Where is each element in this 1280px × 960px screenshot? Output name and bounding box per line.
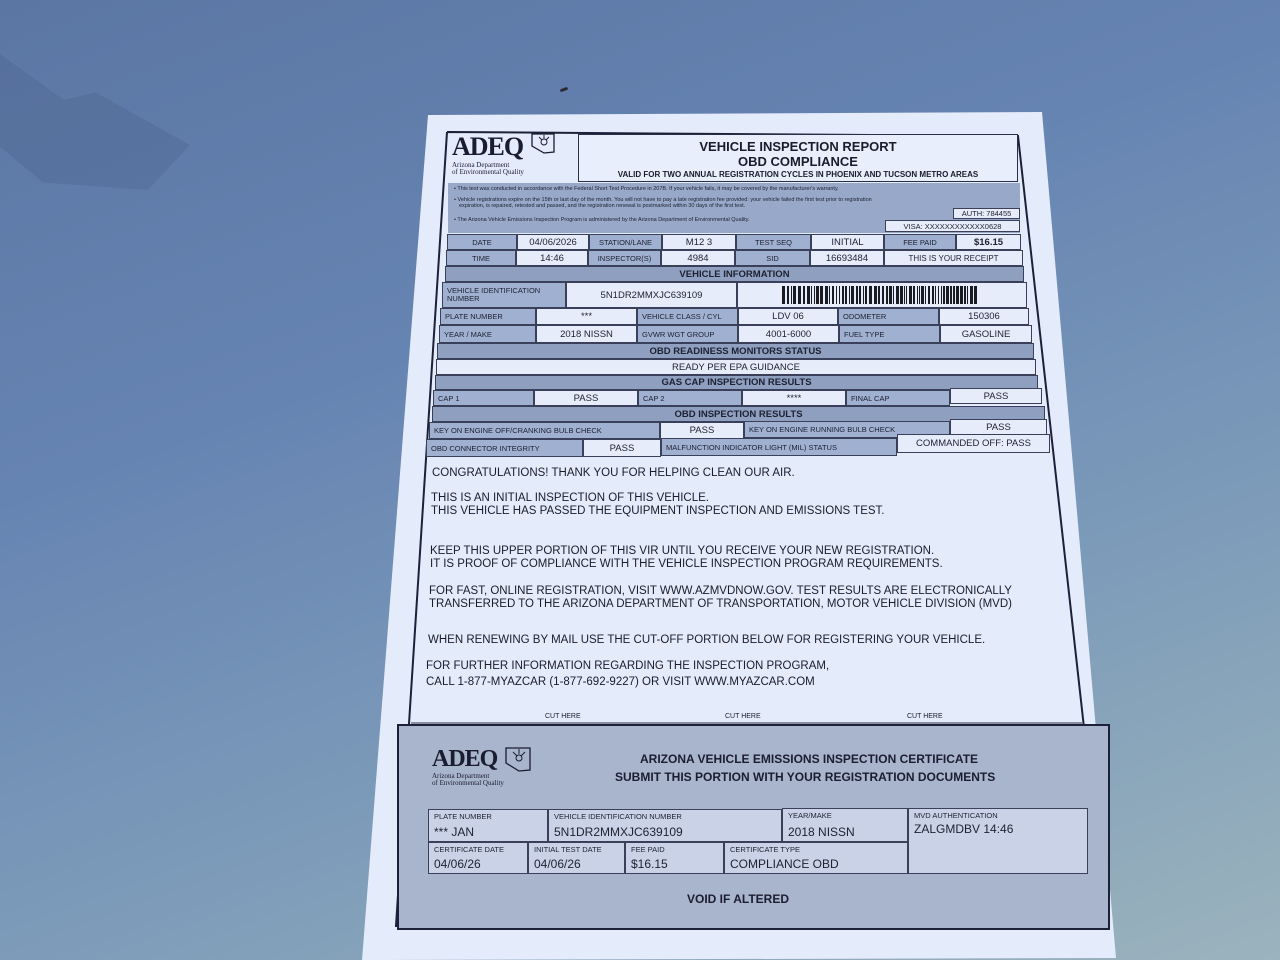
adeq-logo-stub: ADEQ Arizona Department of Environmental… [432,746,532,787]
report-subtitle: OBD COMPLIANCE [579,154,1017,169]
cert-plate-cell: PLATE NUMBER *** JAN [428,809,548,842]
report-validity: VALID FOR TWO ANNUAL REGISTRATION CYCLES… [579,170,1017,179]
obd-readiness-header: OBD READINESS MONITORS STATUS [437,343,1034,359]
cert-year-make-label: YEAR/MAKE [788,811,832,820]
note-3-text: The Arizona Vehicle Emissions Inspection… [457,217,749,223]
gas-cap-header: GAS CAP INSPECTION RESULTS [435,375,1038,390]
cert-fee-label: FEE PAID [631,845,665,854]
time-value: 14:46 [516,250,588,266]
cert-type-label: CERTIFICATE TYPE [730,845,800,854]
message-proof: IT IS PROOF OF COMPLIANCE WITH THE VEHIC… [430,558,943,571]
void-if-altered: VOID IF ALTERED [687,892,789,906]
mil-value: COMMANDED OFF: PASS [897,434,1050,453]
message-online-registration: FOR FAST, ONLINE REGISTRATION, VISIT WWW… [429,585,1012,598]
fee-label: FEE PAID [884,234,956,250]
cert-type-value: COMPLIANCE OBD [730,857,839,871]
odometer-label: ODOMETER [838,308,939,325]
note-3: • The Arizona Vehicle Emissions Inspecti… [454,217,750,224]
cert-plate-label: PLATE NUMBER [434,812,492,821]
cert-vin-cell: VEHICLE IDENTIFICATION NUMBER 5N1DR2MMXJ… [548,809,782,842]
adeq-logo: ADEQ Arizona Department of Environmental… [452,132,556,176]
message-passed: THIS VEHICLE HAS PASSED THE EQUIPMENT IN… [431,505,885,518]
cut-here-2: CUT HERE [725,713,761,720]
report-title: VEHICLE INSPECTION REPORT [579,139,1017,154]
cap1-value: PASS [534,390,638,406]
logo-line-2-stub: of Environmental Quality [432,780,532,787]
report-header-box: VEHICLE INSPECTION REPORT OBD COMPLIANCE… [578,134,1018,182]
year-make-label: YEAR / MAKE [439,325,536,343]
odometer-value: 150306 [939,308,1029,325]
cert-vin-value: 5N1DR2MMXJC639109 [554,825,683,839]
vin-barcode [782,286,982,304]
cap2-value: **** [742,390,846,406]
koeo-value: PASS [660,422,744,439]
notes-band: • This test was conducted in accordance … [448,183,1020,233]
message-congratulations: CONGRATULATIONS! THANK YOU FOR HELPING C… [432,467,795,480]
logo-acronym: ADEQ [452,132,523,161]
certificate-subtitle: SUBMIT THIS PORTION WITH YOUR REGISTRATI… [615,770,995,784]
obd-readiness-status: READY PER EPA GUIDANCE [436,359,1036,375]
year-make-value: 2018 NISSN [536,325,637,343]
cert-date-cell: CERTIFICATE DATE 04/06/26 [428,842,528,874]
note-1-text: This test was conducted in accordance wi… [457,186,838,192]
plate-value: *** [536,308,637,325]
cert-year-make-value: 2018 NISSN [788,825,855,839]
cert-mvd-value: ZALGMDBV 14:46 [914,822,1013,836]
cut-here-1: CUT HERE [545,713,581,720]
fuel-type-label: FUEL TYPE [839,325,940,343]
cert-mvd-cell: MVD AUTHENTICATION ZALGMDBV 14:46 [908,808,1088,874]
vin-label: VEHICLE IDENTIFICATION NUMBER [442,282,566,308]
visa-card: VISA: XXXXXXXXXXXX0628 [885,220,1020,232]
date-label: DATE [447,234,517,250]
receipt-note: THIS IS YOUR RECEIPT [884,250,1023,266]
date-value: 04/06/2026 [517,234,589,250]
vin-value: 5N1DR2MMXJC639109 [566,282,737,308]
cert-date-label: CERTIFICATE DATE [434,845,504,854]
cert-type-cell: CERTIFICATE TYPE COMPLIANCE OBD [724,842,908,874]
cert-fee-cell: FEE PAID $16.15 [625,842,724,874]
message-transferred: TRANSFERRED TO THE ARIZONA DEPARTMENT OF… [429,598,1012,611]
station-value: M12 3 [662,234,736,250]
final-cap-value: PASS [950,388,1042,404]
logo-acronym-stub: ADEQ [432,746,497,772]
vin-barcode-cell [737,282,1027,308]
note-1: • This test was conducted in accordance … [454,186,839,193]
connector-label: OBD CONNECTOR INTEGRITY [426,439,583,457]
message-call: CALL 1-877-MYAZCAR (1-877-692-9227) OR V… [426,676,815,689]
cert-vin-label: VEHICLE IDENTIFICATION NUMBER [554,812,682,821]
test-seq-label: TEST SEQ [736,234,811,250]
cert-year-make-cell: YEAR/MAKE 2018 NISSN [782,808,908,842]
mil-label: MALFUNCTION INDICATOR LIGHT (MIL) STATUS [661,438,897,456]
cert-initial-date-cell: INITIAL TEST DATE 04/06/26 [528,842,625,874]
plate-label: PLATE NUMBER [440,308,536,325]
cert-plate-value: *** JAN [434,825,474,839]
cap2-label: CAP 2 [638,390,742,406]
logo-line-2: of Environmental Quality [452,169,556,176]
note-2-cont: expiration, is repaired, retested and pa… [459,203,745,210]
gvwr-value: 4001-6000 [738,325,839,343]
arizona-state-icon [504,746,532,772]
vehicle-info-header: VEHICLE INFORMATION [445,266,1024,282]
test-seq-value: INITIAL [811,234,884,250]
cert-date-value: 04/06/26 [434,857,481,871]
cut-here-3: CUT HERE [907,713,943,720]
message-renew-mail: WHEN RENEWING BY MAIL USE THE CUT-OFF PO… [428,634,985,647]
vehicle-class-label: VEHICLE CLASS / CYL [637,308,738,325]
gvwr-label: GVWR WGT GROUP [637,325,738,343]
sid-label: SID [735,250,810,266]
arizona-state-icon [530,132,556,154]
vehicle-class-value: LDV 06 [738,308,838,325]
station-label: STATION/LANE [589,234,662,250]
cert-initial-date-value: 04/06/26 [534,857,581,871]
time-label: TIME [446,250,516,266]
final-cap-label: FINAL CAP [846,390,950,406]
cap1-label: CAP 1 [433,390,534,406]
cert-mvd-label: MVD AUTHENTICATION [914,811,998,820]
inspector-value: 4984 [661,250,735,266]
message-keep-upper: KEEP THIS UPPER PORTION OF THIS VIR UNTI… [430,545,934,558]
certificate-title: ARIZONA VEHICLE EMISSIONS INSPECTION CER… [640,752,978,766]
cert-initial-date-label: INITIAL TEST DATE [534,845,602,854]
fuel-type-value: GASOLINE [940,325,1032,343]
cert-fee-value: $16.15 [631,857,668,871]
auth-code: AUTH: 784455 [953,208,1020,219]
koeo-label: KEY ON ENGINE OFF/CRANKING BULB CHECK [429,422,660,439]
sid-value: 16693484 [810,250,884,266]
message-further-info: FOR FURTHER INFORMATION REGARDING THE IN… [426,660,829,673]
message-initial-inspection: THIS IS AN INITIAL INSPECTION OF THIS VE… [431,492,709,505]
vehicle-inspection-report: ADEQ Arizona Department of Environmental… [0,0,1280,960]
connector-value: PASS [583,439,661,457]
inspector-label: INSPECTOR(S) [588,250,661,266]
fee-value: $16.15 [956,234,1021,250]
